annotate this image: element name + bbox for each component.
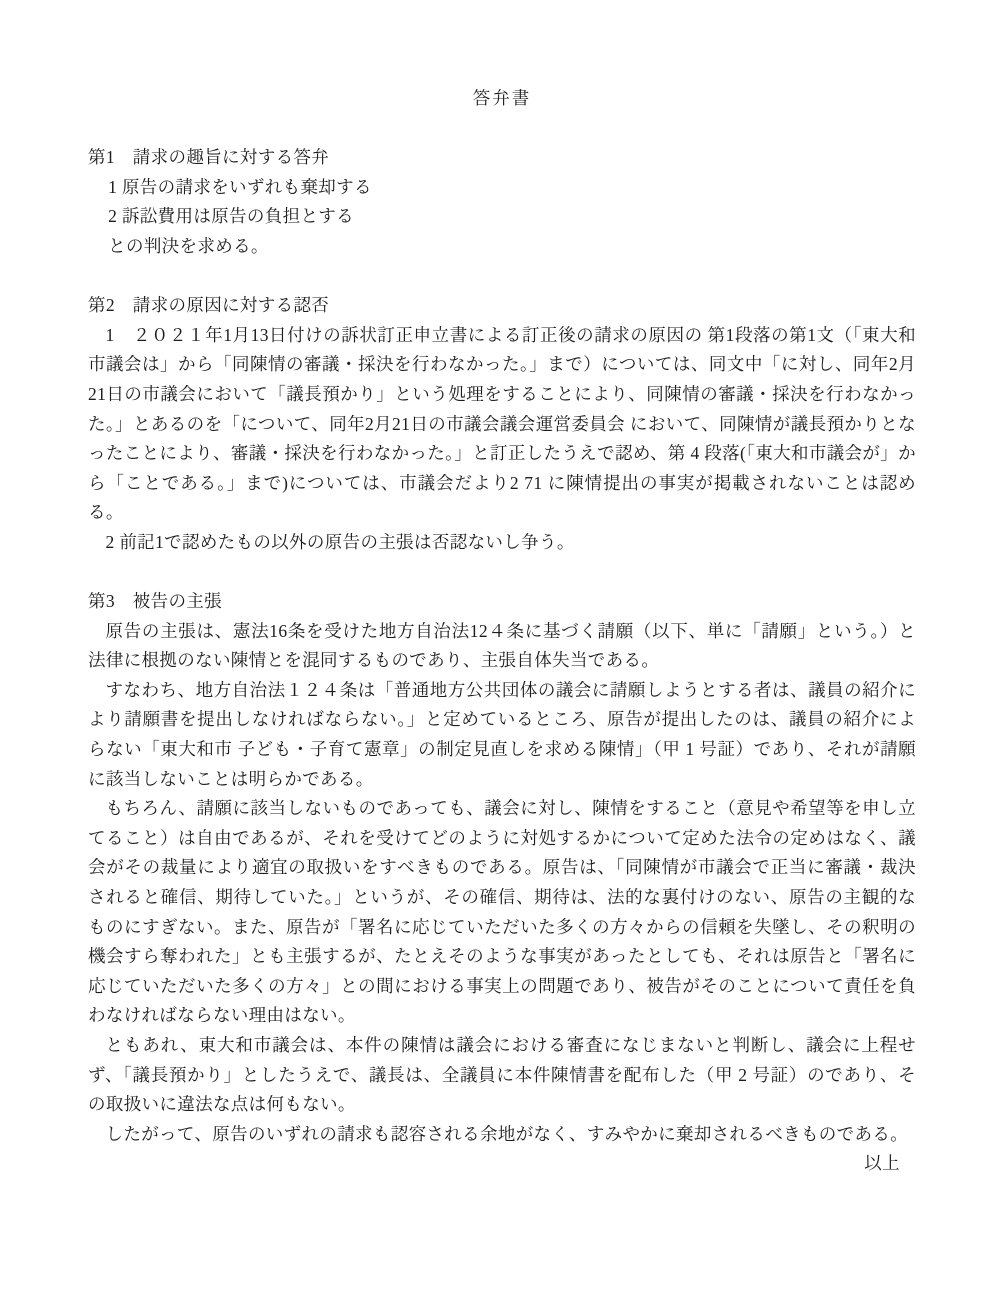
section2-paragraph-1: 1 ２０２１年1月13日付けの訴状訂正申立書による訂正後の請求の原因の 第1段落… (88, 321, 916, 528)
section3-paragraph-4: ともあれ、東大和市議会は、本件の陳情は議会における審査になじまないと判断し、議会… (88, 1031, 916, 1120)
document-page: 答弁書 第1 請求の趣旨に対する答弁 1 原告の請求をいずれも棄却する 2 訴訟… (0, 0, 1000, 1294)
section1-closing-line: との判決を求める。 (88, 232, 916, 262)
section-admission-denial: 第2 請求の原因に対する認否 1 ２０２１年1月13日付けの訴状訂正申立書による… (88, 291, 916, 557)
closing-ijou: 以上 (88, 1149, 916, 1179)
section-defendant-argument: 第3 被告の主張 原告の主張は、憲法16条を受けた地方自治法12４条に基づく請願… (88, 587, 916, 1149)
section2-paragraph-2: 2 前記1で認めたもの以外の原告の主張は否認ないし争う。 (88, 528, 916, 558)
section1-item-2: 2 訴訟費用は原告の負担とする (88, 202, 916, 232)
section1-item-1: 1 原告の請求をいずれも棄却する (88, 173, 916, 203)
document-title: 答弁書 (88, 84, 916, 114)
section1-heading: 第1 請求の趣旨に対する答弁 (88, 143, 916, 173)
section-answer-to-claim: 第1 請求の趣旨に対する答弁 1 原告の請求をいずれも棄却する 2 訴訟費用は原… (88, 143, 916, 261)
section3-paragraph-3: もちろん、請願に該当しないものであっても、議会に対し、陳情をすること（意見や希望… (88, 794, 916, 1031)
section3-paragraph-2: すなわち、地方自治法１２４条は「普通地方公共団体の議会に請願しようとする者は、議… (88, 676, 916, 794)
section3-paragraph-5: したがって、原告のいずれの請求も認容される余地がなく、すみやかに棄却されるべきも… (88, 1120, 916, 1150)
section2-heading: 第2 請求の原因に対する認否 (88, 291, 916, 321)
section3-paragraph-1: 原告の主張は、憲法16条を受けた地方自治法12４条に基づく請願（以下、単に「請願… (88, 617, 916, 676)
section3-heading: 第3 被告の主張 (88, 587, 916, 617)
